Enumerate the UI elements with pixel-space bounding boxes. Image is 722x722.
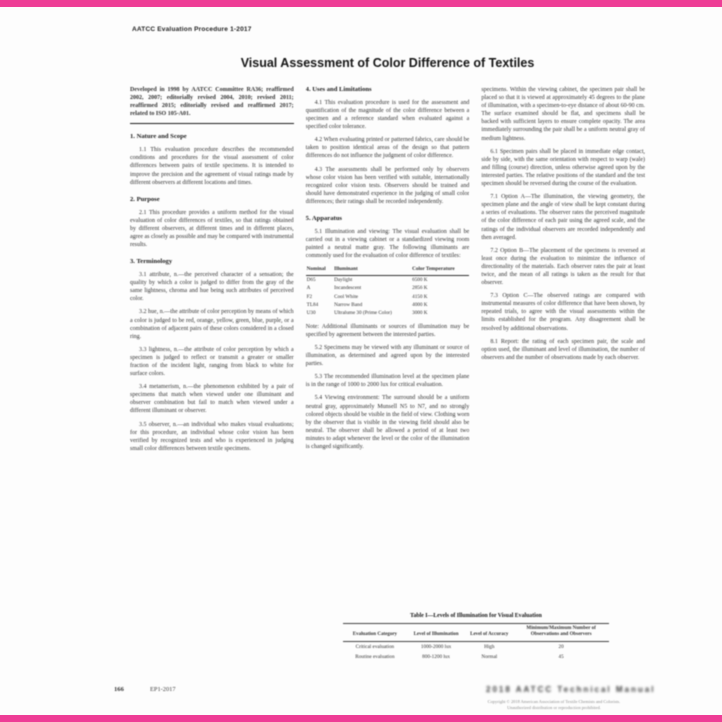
illuminant-table-header: Illuminant xyxy=(333,265,411,275)
paragraph-4-3: 4.3 The assessments shall be performed o… xyxy=(306,166,470,206)
section-1-heading: 1. Nature and Scope xyxy=(130,133,294,141)
table-1-header: Evaluation Category xyxy=(343,624,407,641)
table-cell: Narrow Band xyxy=(333,301,411,309)
table-1-title: Table I—Levels of Illumination for Visua… xyxy=(343,613,609,620)
table-1: Table I—Levels of Illumination for Visua… xyxy=(343,613,609,662)
doc-code-header: AATCC Evaluation Procedure 1-2017 xyxy=(132,26,252,34)
column-middle: 4. Uses and Limitations 4.1 This evaluat… xyxy=(306,86,470,613)
illuminant-table-header: Nominal xyxy=(306,265,333,275)
table-cell: A xyxy=(306,284,333,292)
paragraph-5-2: 5.2 Specimens may be viewed with any ill… xyxy=(306,344,470,368)
table-cell: 6500 K xyxy=(411,275,469,284)
section-4-heading: 4. Uses and Limitations xyxy=(306,86,470,94)
text-columns: Developed in 1998 by AATCC Committee RA3… xyxy=(130,86,645,613)
table-cell: Critical evaluation xyxy=(343,641,407,652)
footer-manual-label: 2018 AATCC Technical Manual xyxy=(486,686,655,694)
table-cell: Daylight xyxy=(333,275,411,284)
footer-copyright-line-2: Unauthorized distribution or reproductio… xyxy=(428,705,680,711)
section-5-heading: 5. Apparatus xyxy=(306,215,470,223)
illuminant-table-note: Note: Additional illuminants or sources … xyxy=(306,323,470,339)
table-cell: 1000-2000 lux xyxy=(407,641,466,652)
document-page: AATCC Evaluation Procedure 1-2017 Visual… xyxy=(0,0,722,722)
bottom-accent-bar xyxy=(0,715,722,722)
paragraph-4-2: 4.2 When evaluating printed or patterned… xyxy=(306,136,470,160)
paragraph-3-2: 3.2 hue, n.—the attribute of color perce… xyxy=(130,308,294,340)
column-right: specimens. Within the viewing cabinet, t… xyxy=(481,86,645,613)
illuminant-table: Nominal Illuminant Color Temperature D65… xyxy=(306,265,470,317)
table-row: Routine evaluation 800-1200 lux Normal 4… xyxy=(343,652,609,662)
paragraph-5-4: 5.4 Viewing environment: The surround sh… xyxy=(306,394,470,451)
footer-copyright: Copyright © 2018 American Association of… xyxy=(428,699,680,710)
section-2-heading: 2. Purpose xyxy=(130,196,294,204)
paragraph-7-3: 7.3 Option C—The observed ratings are co… xyxy=(481,292,645,332)
paragraph-8-1: 8.1 Report: the rating of each specimen … xyxy=(481,338,645,362)
table-row: U30 Ultralume 30 (Prime Color) 3000 K xyxy=(306,309,470,317)
paragraph-6-1: 6.1 Specimen pairs shall be placed in im… xyxy=(481,148,645,188)
table-cell: 4000 K xyxy=(411,301,469,309)
page-title: Visual Assessment of Color Difference of… xyxy=(130,56,645,71)
divider-rule xyxy=(130,123,294,124)
section-3-heading: 3. Terminology xyxy=(130,258,294,266)
table-cell: F2 xyxy=(306,293,333,301)
table-1-header: Level of Accuracy xyxy=(465,624,513,641)
paragraph-7-2: 7.2 Option B—The placement of the specim… xyxy=(481,247,645,287)
paragraph-4-1: 4.1 This evaluation procedure is used fo… xyxy=(306,99,470,131)
top-accent-bar xyxy=(0,0,722,7)
table-cell: Routine evaluation xyxy=(343,652,407,662)
development-note: Developed in 1998 by AATCC Committee RA3… xyxy=(130,86,294,118)
table-1-header: Minimum/Maximum Number of Observations a… xyxy=(513,624,609,641)
table-row: TL84 Narrow Band 4000 K xyxy=(306,301,470,309)
table-cell: Ultralume 30 (Prime Color) xyxy=(333,309,411,317)
table-cell: 4150 K xyxy=(411,293,469,301)
table-cell: 20 xyxy=(513,641,609,652)
paragraph-continuation: specimens. Within the viewing cabinet, t… xyxy=(481,86,645,143)
paragraph-3-3: 3.3 lightness, n.—the attribute of color… xyxy=(130,346,294,378)
paragraph-2-1: 2.1 This procedure provides a uniform me… xyxy=(130,209,294,249)
table-row: D65 Daylight 6500 K xyxy=(306,275,470,284)
table-cell: TL84 xyxy=(306,301,333,309)
table-cell: 2856 K xyxy=(411,284,469,292)
table-cell: Cool White xyxy=(333,293,411,301)
paragraph-5-3: 5.3 The recommended illumination level a… xyxy=(306,373,470,389)
table-1-header: Level of Illumination xyxy=(407,624,466,641)
table-cell: 45 xyxy=(513,652,609,662)
table-cell: High xyxy=(465,641,513,652)
paragraph-3-5: 3.5 observer, n.—an individual who makes… xyxy=(130,421,294,453)
table-cell: Incandescent xyxy=(333,284,411,292)
table-cell: U30 xyxy=(306,309,333,317)
paragraph-5-1: 5.1 Illumination and viewing: The visual… xyxy=(306,228,470,260)
footer-page-number: 166 xyxy=(114,687,124,694)
table-row: A Incandescent 2856 K xyxy=(306,284,470,292)
table-cell: D65 xyxy=(306,275,333,284)
paragraph-3-1: 3.1 attribute, n.—the perceived characte… xyxy=(130,271,294,303)
paragraph-3-4: 3.4 metamerism, n.—the phenomenon exhibi… xyxy=(130,383,294,415)
illuminant-table-header: Color Temperature xyxy=(411,265,469,275)
table-cell: 3000 K xyxy=(411,309,469,317)
table-row: Critical evaluation 1000-2000 lux High 2… xyxy=(343,641,609,652)
table-row: F2 Cool White 4150 K xyxy=(306,293,470,301)
paragraph-1-1: 1.1 This evaluation procedure describes … xyxy=(130,146,294,186)
table-cell: Normal xyxy=(465,652,513,662)
table-cell: 800-1200 lux xyxy=(407,652,466,662)
footer-doc-code: EP1-2017 xyxy=(150,687,176,693)
paragraph-7-1: 7.1 Option A—The illumination, the viewi… xyxy=(481,193,645,242)
column-left: Developed in 1998 by AATCC Committee RA3… xyxy=(130,86,294,613)
